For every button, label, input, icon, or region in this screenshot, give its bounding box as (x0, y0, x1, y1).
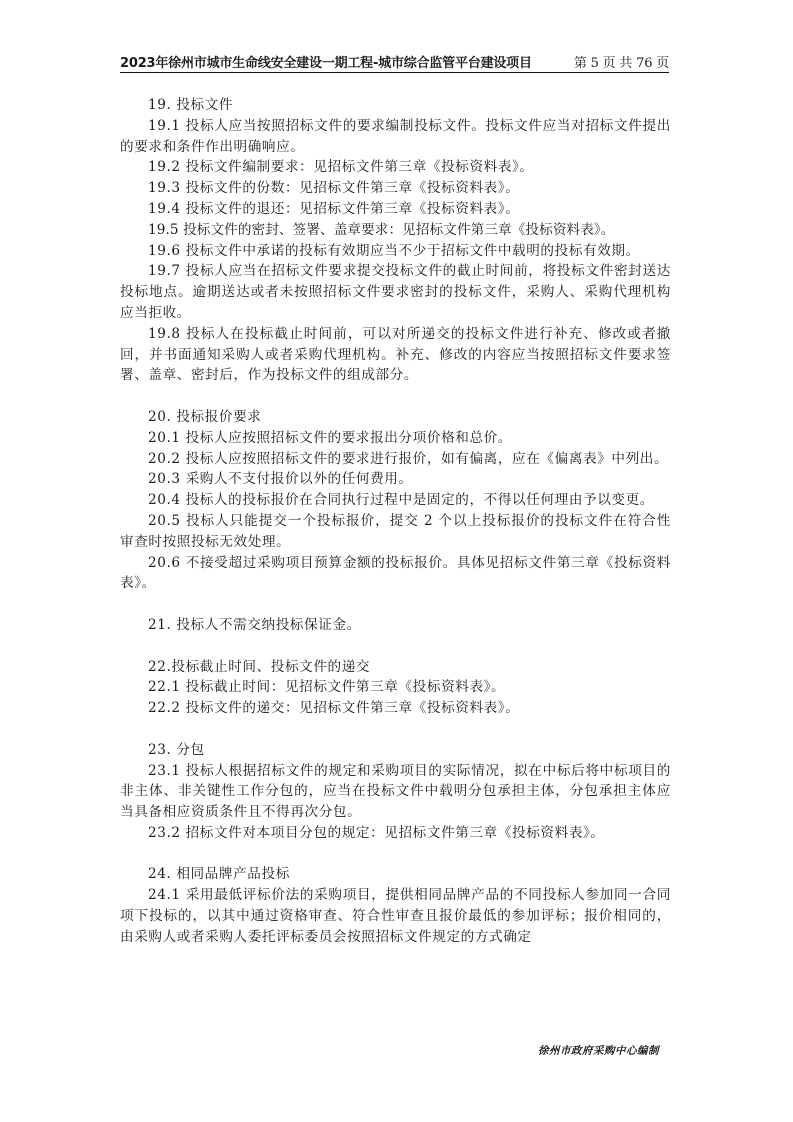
paragraph: 19.1 投标人应当按照招标文件的要求编制投标文件。投标文件应当对招标文件提出的… (120, 116, 671, 158)
paragraph: 20.4 投标人的投标报价在合同执行过程中是固定的，不得以任何理由予以变更。 (120, 490, 671, 511)
paragraph: 20.3 采购人不支付报价以外的任何费用。 (120, 469, 671, 490)
page-indicator: 第 5 页 共 76 页 (574, 56, 669, 71)
paragraph: 22.2 投标文件的递交：见招标文件第三章《投标资料表》。 (120, 698, 671, 719)
paragraph: 20.6 不接受超过采购项目预算金额的投标报价。具体见招标文件第三章《投标资料表… (120, 553, 671, 595)
paragraph: 19.6 投标文件中承诺的投标有效期应当不少于招标文件中载明的投标有效期。 (120, 241, 671, 262)
paragraph: 19.5 投标文件的密封、签署、盖章要求：见招标文件第三章《投标资料表》。 (120, 220, 671, 241)
spacer (120, 594, 671, 615)
section-24: 24. 相同品牌产品投标 24.1 采用最低评标价法的采购项目，提供相同品牌产品… (120, 864, 671, 947)
section-23: 23. 分包 23.1 投标人根据招标文件的规定和采购项目的实际情况，拟在中标后… (120, 740, 671, 844)
section-heading: 22.投标截止时间、投标文件的递交 (120, 657, 671, 678)
spacer (120, 844, 671, 865)
spacer (120, 719, 671, 740)
section-19: 19. 投标文件 19.1 投标人应当按照招标文件的要求编制投标文件。投标文件应… (120, 95, 671, 386)
section-22: 22.投标截止时间、投标文件的递交 22.1 投标截止时间：见招标文件第三章《投… (120, 657, 671, 719)
paragraph: 23.1 投标人根据招标文件的规定和采购项目的实际情况，拟在中标后将中标项目的非… (120, 761, 671, 823)
document-title: 2023年徐州市城市生命线安全建设一期工程-城市综合监管平台建设项目 (120, 56, 532, 71)
spacer (120, 636, 671, 657)
paragraph: 23.2 招标文件对本项目分包的规定：见招标文件第三章《投标资料表》。 (120, 823, 671, 844)
paragraph: 19.4 投标文件的退还：见招标文件第三章《投标资料表》。 (120, 199, 671, 220)
section-heading: 24. 相同品牌产品投标 (120, 864, 671, 885)
section-20: 20. 投标报价要求 20.1 投标人应按照招标文件的要求报出分项价格和总价。 … (120, 407, 671, 594)
paragraph: 20.2 投标人应按照招标文件的要求进行报价，如有偏离，应在《偏离表》中列出。 (120, 449, 671, 470)
paragraph: 19.8 投标人在投标截止时间前，可以对所递交的投标文件进行补充、修改或者撤回，… (120, 324, 671, 386)
section-heading: 21. 投标人不需交纳投标保证金。 (120, 615, 671, 636)
paragraph: 19.3 投标文件的份数：见招标文件第三章《投标资料表》。 (120, 178, 671, 199)
document-body: 19. 投标文件 19.1 投标人应当按照招标文件的要求编制投标文件。投标文件应… (120, 95, 671, 948)
paragraph: 24.1 采用最低评标价法的采购项目，提供相同品牌产品的不同投标人参加同一合同项… (120, 885, 671, 947)
section-heading: 19. 投标文件 (120, 95, 671, 116)
paragraph: 22.1 投标截止时间：见招标文件第三章《投标资料表》。 (120, 677, 671, 698)
paragraph: 20.5 投标人只能提交一个投标报价，提交 2 个以上投标报价的投标文件在符合性… (120, 511, 671, 553)
paragraph: 19.7 投标人应当在招标文件要求提交投标文件的截止时间前，将投标文件密封送达投… (120, 261, 671, 323)
page-header: 2023年徐州市城市生命线安全建设一期工程-城市综合监管平台建设项目 第 5 页… (120, 56, 669, 73)
page-footer: 徐州市政府采购中心编制 (538, 1043, 659, 1058)
paragraph: 20.1 投标人应按照招标文件的要求报出分项价格和总价。 (120, 428, 671, 449)
spacer (120, 386, 671, 407)
section-21: 21. 投标人不需交纳投标保证金。 (120, 615, 671, 636)
section-heading: 20. 投标报价要求 (120, 407, 671, 428)
section-heading: 23. 分包 (120, 740, 671, 761)
paragraph: 19.2 投标文件编制要求：见招标文件第三章《投标资料表》。 (120, 157, 671, 178)
